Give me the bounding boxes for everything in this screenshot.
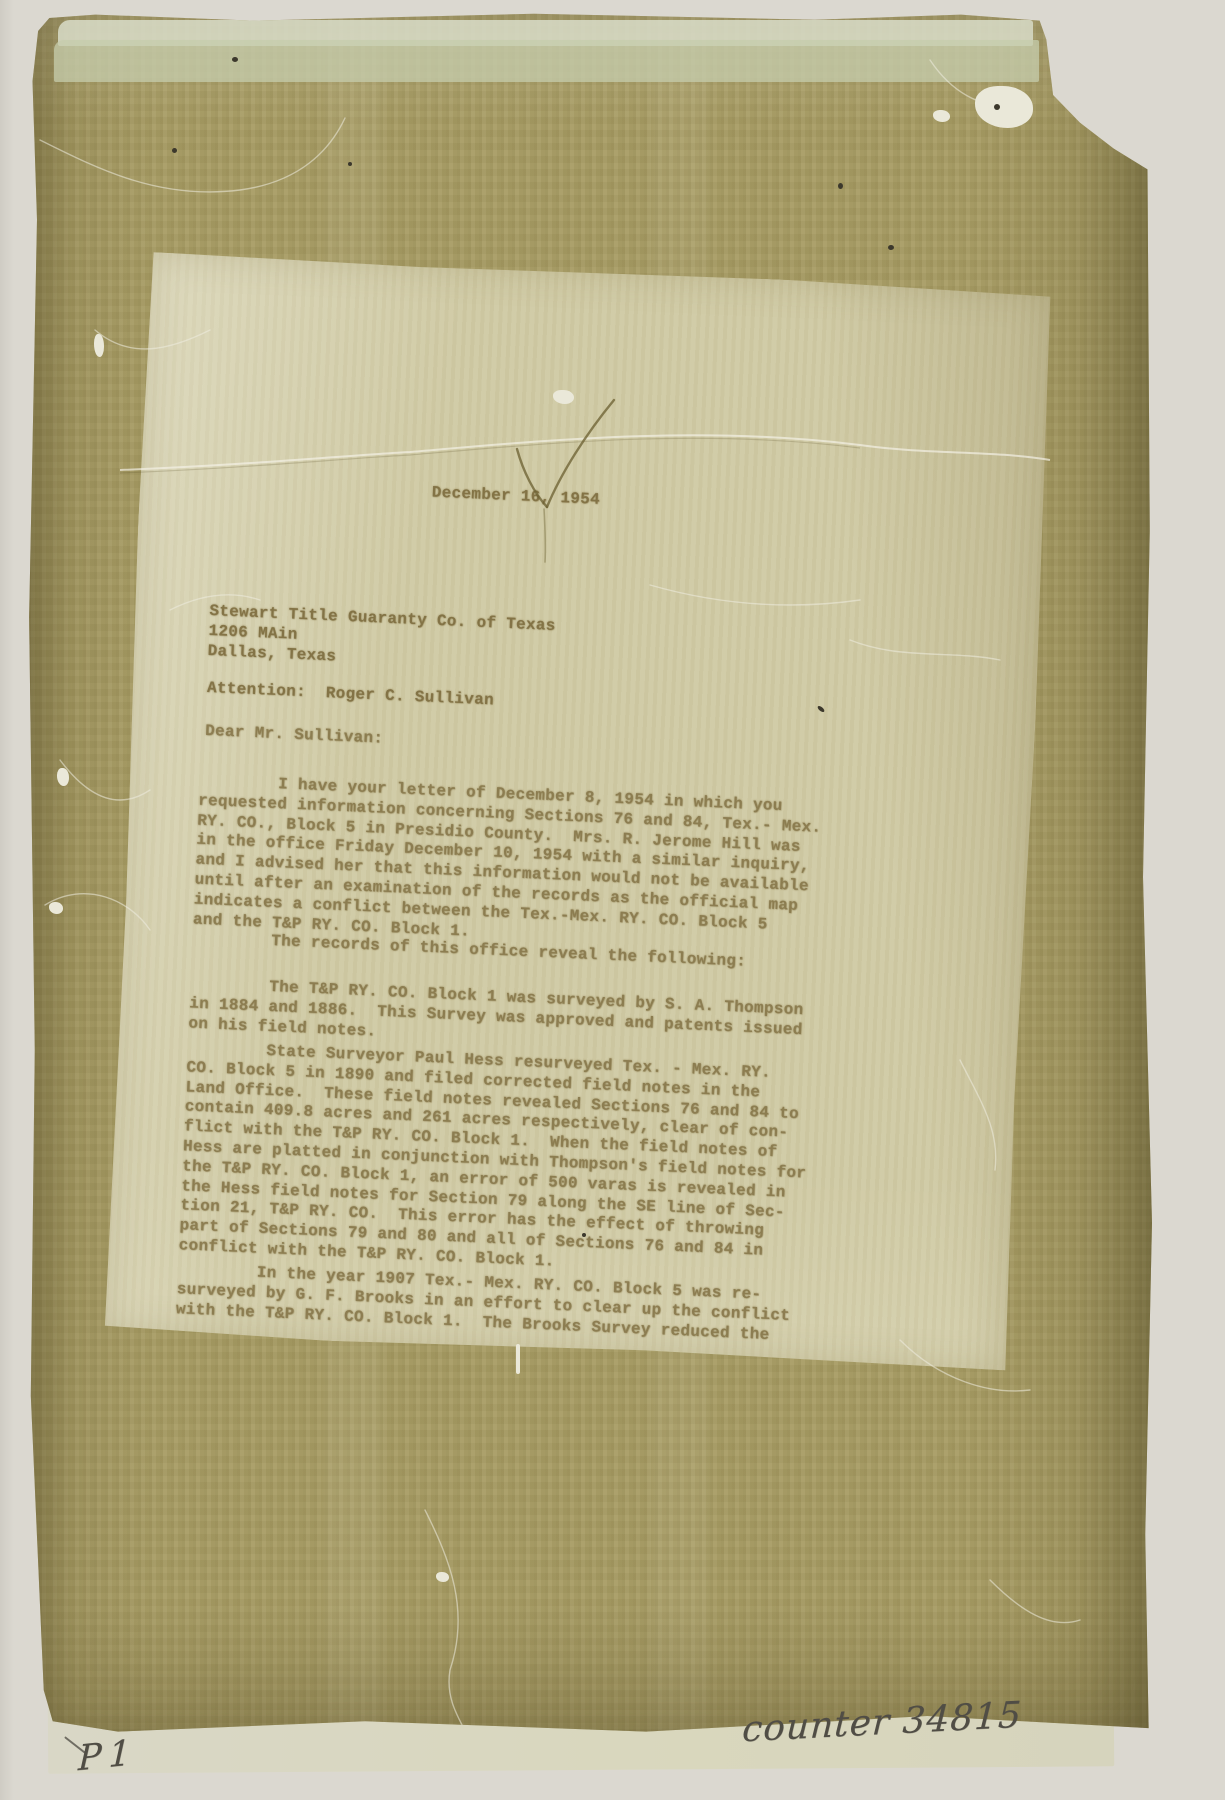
crease-line xyxy=(425,1510,470,1740)
white-chip xyxy=(49,902,63,914)
dark-speck xyxy=(888,245,894,250)
attention-line: Attention: Roger C. Sullivan xyxy=(207,679,495,711)
white-chip xyxy=(436,1572,449,1582)
photostat-print: December 16, 1954 Stewart Title Guaranty… xyxy=(28,12,1152,1742)
dark-speck xyxy=(232,57,238,62)
crease-line xyxy=(40,118,345,192)
white-chip xyxy=(94,334,104,357)
letter-paragraph: I have your letter of December 8, 1954 i… xyxy=(192,772,822,957)
letter-document: December 16, 1954 Stewart Title Guaranty… xyxy=(103,252,1054,1370)
recipient-address-block: Stewart Title Guaranty Co. of Texas 1206… xyxy=(207,602,556,676)
dark-speck xyxy=(994,104,1000,110)
recipient-line: Dallas, Texas xyxy=(207,641,336,665)
scanned-letter-page: December 16, 1954 Stewart Title Guaranty… xyxy=(0,0,1225,1800)
dark-speck xyxy=(582,1233,586,1237)
recipient-line: 1206 MAin xyxy=(208,622,298,644)
dark-speck xyxy=(838,183,843,189)
crease-line xyxy=(990,1580,1080,1623)
dark-speck xyxy=(348,162,352,166)
letter-paragraph: State Surveyor Paul Hess resurveyed Tex.… xyxy=(178,1038,811,1283)
white-chip xyxy=(57,768,69,786)
white-scratch xyxy=(516,1344,520,1374)
white-chip xyxy=(933,110,950,122)
dark-speck xyxy=(172,148,177,153)
page-number-annotation: P1 xyxy=(77,1733,138,1780)
salutation-line: Dear Mr. Sullivan: xyxy=(205,722,384,750)
torn-corner-patch xyxy=(975,86,1033,128)
photo-top-band xyxy=(54,40,1039,82)
letter-date: December 16, 1954 xyxy=(431,484,600,511)
white-chip xyxy=(553,390,574,404)
